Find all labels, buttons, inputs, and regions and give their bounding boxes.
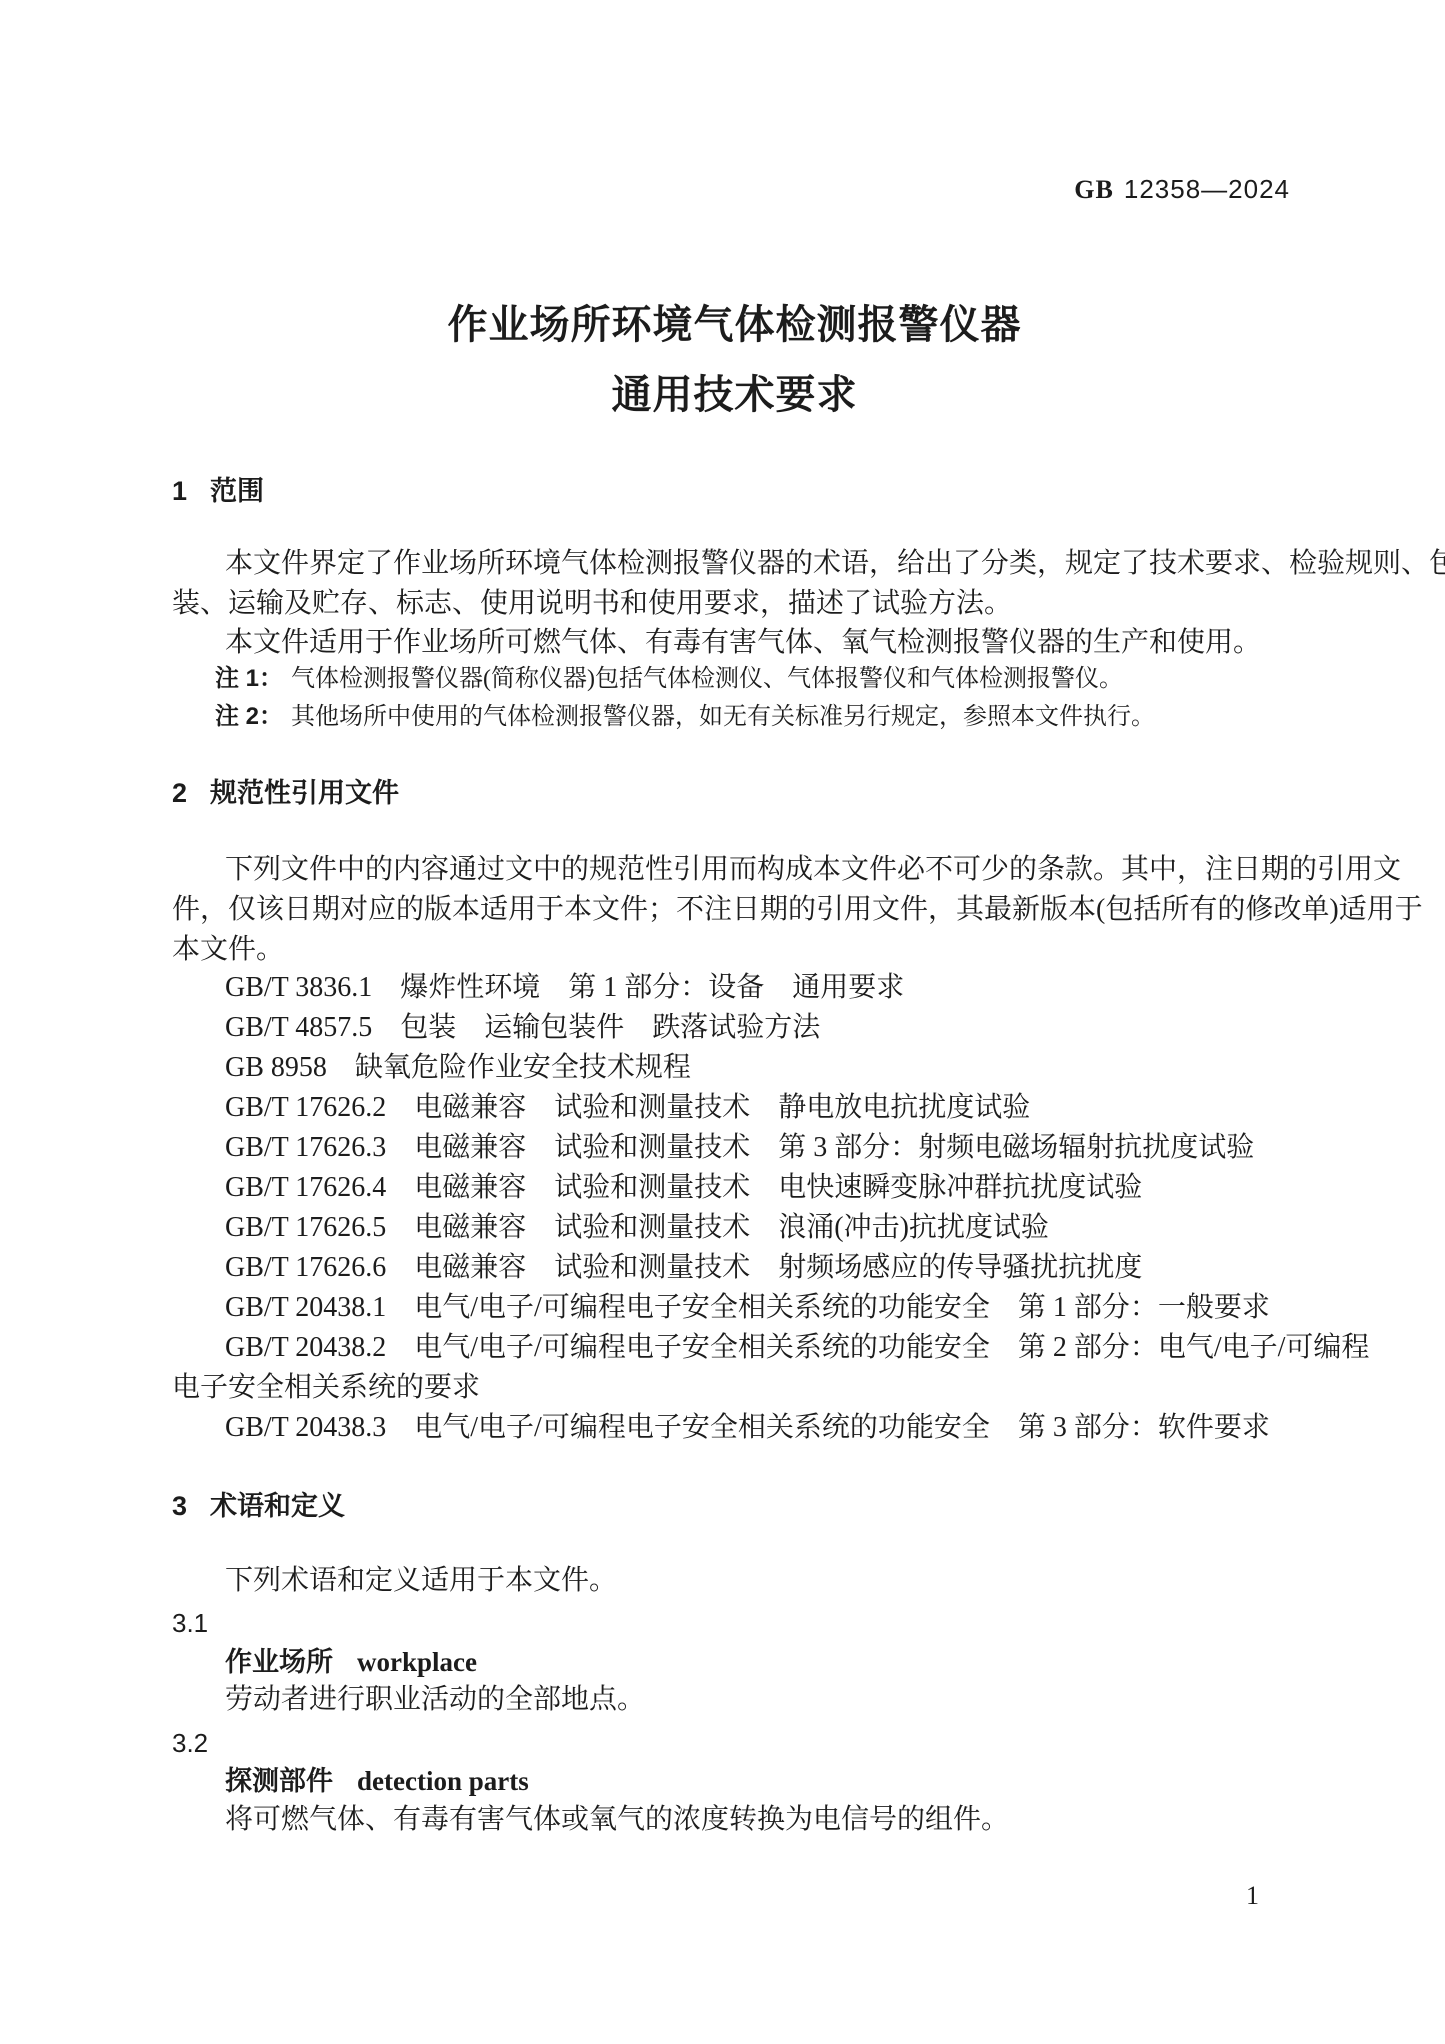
term-definition: 将可燃气体、有毒有害气体或氧气的浓度转换为电信号的组件。 xyxy=(172,1805,1355,1834)
term-english: workplace xyxy=(357,1647,477,1677)
section-title: 规范性引用文件 xyxy=(210,778,399,808)
term-chinese: 探测部件 xyxy=(225,1766,333,1796)
term-english: detection parts xyxy=(357,1766,529,1796)
scope-note-2: 注 2：其他场所中使用的气体检测报警仪器，如无有关标准另行规定，参照本文件执行。 xyxy=(172,704,1345,730)
reference-item: GB/T 17626.4 电磁兼容 试验和测量技术 电快速瞬变脉冲群抗扰度试验 xyxy=(172,1173,1355,1202)
standard-code-number: 12358—2024 xyxy=(1124,174,1290,204)
section-heading-terms: 3术语和定义 xyxy=(172,1492,1302,1520)
scope-paragraph-line: 装、运输及贮存、标志、使用说明书和使用要求，描述了试验方法。 xyxy=(172,589,1302,618)
note-label: 注 2： xyxy=(215,703,283,730)
scope-paragraph-line: 本文件界定了作业场所环境气体检测报警仪器的术语，给出了分类，规定了技术要求、检验… xyxy=(172,549,1355,578)
section-title: 范围 xyxy=(210,476,264,506)
section-number: 3 xyxy=(172,1492,210,1520)
document-title-line2: 通用技术要求 xyxy=(172,374,1297,416)
reference-item: GB/T 4857.5 包装 运输包装件 跌落试验方法 xyxy=(172,1013,1355,1042)
reference-item: GB 8958 缺氧危险作业安全技术规程 xyxy=(172,1053,1355,1082)
reference-item: GB/T 20438.2 电气/电子/可编程电子安全相关系统的功能安全 第 2 … xyxy=(172,1333,1355,1362)
page-number: 1 xyxy=(1246,1881,1259,1911)
note-label: 注 1： xyxy=(215,665,283,692)
term-entry: 作业场所workplace xyxy=(172,1648,1355,1677)
normative-refs-intro-line: 下列文件中的内容通过文中的规范性引用而构成本文件必不可少的条款。其中，注日期的引… xyxy=(172,855,1355,884)
term-definition: 劳动者进行职业活动的全部地点。 xyxy=(172,1685,1355,1714)
reference-item: GB/T 17626.5 电磁兼容 试验和测量技术 浪涌(冲击)抗扰度试验 xyxy=(172,1213,1355,1242)
standard-code-prefix: GB xyxy=(1074,175,1114,204)
reference-item: GB/T 20438.1 电气/电子/可编程电子安全相关系统的功能安全 第 1 … xyxy=(172,1293,1355,1322)
section-number: 1 xyxy=(172,477,210,505)
scope-note-1: 注 1：气体检测报警仪器(简称仪器)包括气体检测仪、气体报警仪和气体检测报警仪。 xyxy=(172,666,1345,692)
term-entry: 探测部件detection parts xyxy=(172,1767,1355,1796)
normative-refs-intro-line: 件，仅该日期对应的版本适用于本文件；不注日期的引用文件，其最新版本(包括所有的修… xyxy=(172,895,1302,924)
section-heading-normative-refs: 2规范性引用文件 xyxy=(172,779,1302,807)
reference-item: GB/T 17626.6 电磁兼容 试验和测量技术 射频场感应的传导骚扰抗扰度 xyxy=(172,1253,1355,1282)
reference-item: GB/T 3836.1 爆炸性环境 第 1 部分：设备 通用要求 xyxy=(172,973,1355,1002)
scope-paragraph-line: 本文件适用于作业场所可燃气体、有毒有害气体、氧气检测报警仪器的生产和使用。 xyxy=(172,628,1355,657)
section-number: 2 xyxy=(172,779,210,807)
document-page: GB12358—2024 作业场所环境气体检测报警仪器 通用技术要求 1范围 本… xyxy=(0,0,1445,2044)
term-clause-number: 3.1 xyxy=(172,1610,1302,1637)
note-text: 气体检测报警仪器(简称仪器)包括气体检测仪、气体报警仪和气体检测报警仪。 xyxy=(291,666,1123,692)
term-clause-number: 3.2 xyxy=(172,1730,1302,1757)
note-text: 其他场所中使用的气体检测报警仪器，如无有关标准另行规定，参照本文件执行。 xyxy=(291,704,1155,730)
terms-intro: 下列术语和定义适用于本文件。 xyxy=(172,1566,1355,1595)
standard-code: GB12358—2024 xyxy=(172,174,1290,205)
reference-item-continuation: 电子安全相关系统的要求 xyxy=(172,1373,1302,1402)
reference-item: GB/T 17626.3 电磁兼容 试验和测量技术 第 3 部分：射频电磁场辐射… xyxy=(172,1133,1355,1162)
section-heading-scope: 1范围 xyxy=(172,477,1302,505)
term-chinese: 作业场所 xyxy=(225,1647,333,1677)
reference-item: GB/T 17626.2 电磁兼容 试验和测量技术 静电放电抗扰度试验 xyxy=(172,1093,1355,1122)
section-title: 术语和定义 xyxy=(210,1491,345,1521)
normative-refs-intro-line: 本文件。 xyxy=(172,935,1302,964)
document-title-line1: 作业场所环境气体检测报警仪器 xyxy=(172,304,1297,346)
reference-item: GB/T 20438.3 电气/电子/可编程电子安全相关系统的功能安全 第 3 … xyxy=(172,1413,1355,1442)
